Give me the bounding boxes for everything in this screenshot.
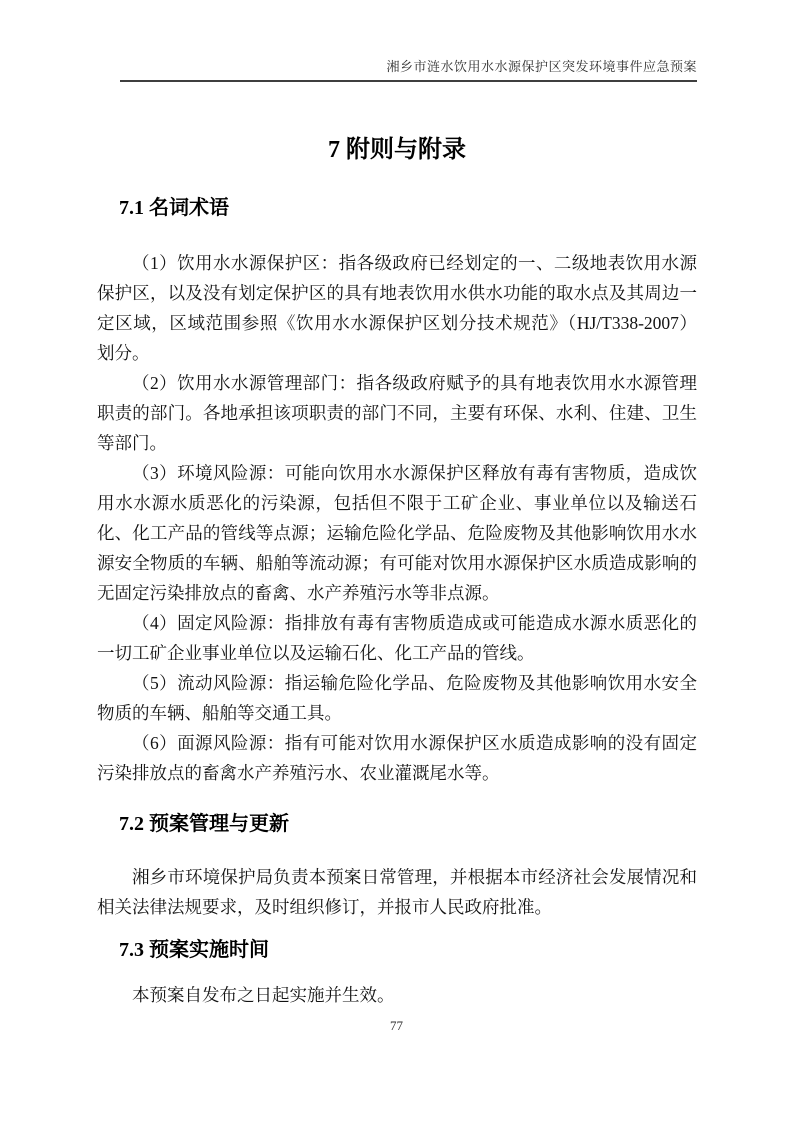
section-body-7-2: 湘乡市环境保护局负责本预案日常管理，并根据本市经济社会发展情况和相关法律法规要求…	[97, 862, 697, 922]
definition-paragraph-2: （2）饮用水水源管理部门：指各级政府赋予的具有地表饮用水水源管理职责的部门。各地…	[97, 368, 697, 458]
header-title: 湘乡市涟水饮用水水源保护区突发环境事件应急预案	[97, 58, 697, 76]
page-header: 湘乡市涟水饮用水水源保护区突发环境事件应急预案	[97, 58, 697, 82]
definition-paragraph-1: （1）饮用水水源保护区：指各级政府已经划定的一、二级地表饮用水源保护区，以及没有…	[97, 248, 697, 368]
section-body-7-3: 本预案自发布之日起实施并生效。	[97, 980, 697, 1010]
header-rule	[120, 80, 697, 82]
section-heading-7-1: 7.1 名词术语	[119, 194, 697, 222]
management-paragraph: 湘乡市环境保护局负责本预案日常管理，并根据本市经济社会发展情况和相关法律法规要求…	[97, 862, 697, 922]
definition-paragraph-5: （5）流动风险源：指运输危险化学品、危险废物及其他影响饮用水安全物质的车辆、船舶…	[97, 668, 697, 728]
definition-paragraph-3: （3）环境风险源：可能向饮用水水源保护区释放有毒有害物质，造成饮用水水源水质恶化…	[97, 458, 697, 608]
section-glossary: 7.1 名词术语 （1）饮用水水源保护区：指各级政府已经划定的一、二级地表饮用水…	[97, 194, 697, 788]
chapter-title: 7 附则与附录	[97, 134, 697, 166]
section-plan-management: 7.2 预案管理与更新 湘乡市环境保护局负责本预案日常管理，并根据本市经济社会发…	[97, 810, 697, 922]
section-body-7-1: （1）饮用水水源保护区：指各级政府已经划定的一、二级地表饮用水源保护区，以及没有…	[97, 248, 697, 788]
section-heading-7-2: 7.2 预案管理与更新	[119, 810, 697, 838]
page-content: 湘乡市涟水饮用水水源保护区突发环境事件应急预案 7 附则与附录 7.1 名词术语…	[97, 58, 697, 1010]
section-implementation-time: 7.3 预案实施时间 本预案自发布之日起实施并生效。	[97, 936, 697, 1010]
definition-paragraph-4: （4）固定风险源：指排放有毒有害物质造成或可能造成水源水质恶化的一切工矿企业事业…	[97, 608, 697, 668]
document-page: 湘乡市涟水饮用水水源保护区突发环境事件应急预案 7 附则与附录 7.1 名词术语…	[0, 0, 793, 1122]
definition-paragraph-6: （6）面源风险源：指有可能对饮用水源保护区水质造成影响的没有固定污染排放点的畜禽…	[97, 728, 697, 788]
page-number: 77	[0, 1018, 793, 1034]
implementation-paragraph: 本预案自发布之日起实施并生效。	[97, 980, 697, 1010]
section-heading-7-3: 7.3 预案实施时间	[119, 936, 697, 964]
